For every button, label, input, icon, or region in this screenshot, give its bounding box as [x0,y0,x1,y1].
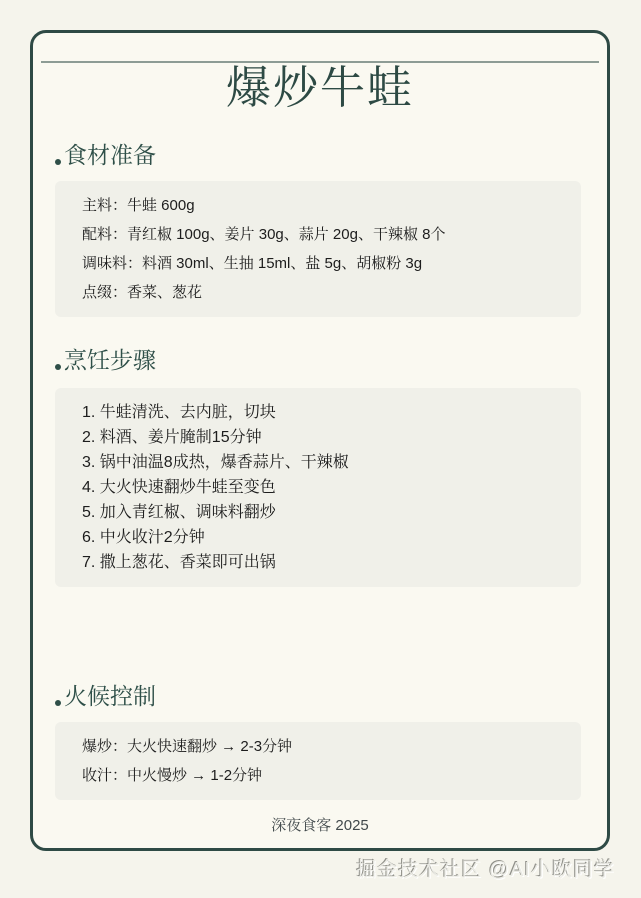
bullet-icon [55,700,61,706]
ingredient-value: 香菜、葱花 [127,284,202,301]
section-heading-label: 食材准备 [64,142,156,169]
step-item: 7. 撒上葱花、香菜即可出锅 [82,550,563,575]
section-heading-ingredients: 食材准备 [55,142,607,169]
ingredient-label: 调味料： [82,255,142,272]
step-item: 2. 料酒、姜片腌制15分钟 [82,425,563,450]
ingredient-value: 料酒 30ml、生抽 15ml、盐 5g、胡椒粉 3g [142,255,422,272]
step-item: 5. 加入青红椒、调味料翻炒 [82,500,563,525]
ingredient-row: 配料：青红椒 100g、姜片 30g、蒜片 20g、干辣椒 8个 [82,220,563,249]
ingredient-label: 配料： [82,226,127,243]
heat-value: 大火快速翻炒 → 2-3分钟 [127,738,292,755]
page-title: 爆炒牛蛙 [33,64,607,112]
ingredient-row: 调味料：料酒 30ml、生抽 15ml、盐 5g、胡椒粉 3g [82,249,563,278]
bullet-icon [55,364,61,370]
footer-text: 深夜食客 2025 [33,814,607,835]
step-item: 4. 大火快速翻炒牛蛙至变色 [82,475,563,500]
ingredient-row: 主料：牛蛙 600g [82,191,563,220]
ingredient-value: 牛蛙 600g [127,197,195,214]
recipe-card: 爆炒牛蛙 食材准备 主料：牛蛙 600g 配料：青红椒 100g、姜片 30g、… [30,30,610,851]
ingredients-box: 主料：牛蛙 600g 配料：青红椒 100g、姜片 30g、蒜片 20g、干辣椒… [55,181,581,317]
watermark: 掘金技术社区 @AI小欧同学 [356,853,615,882]
ingredient-label: 主料： [82,197,127,214]
heat-label: 收汁： [82,767,127,784]
section-heading-label: 火候控制 [64,683,156,710]
heat-row: 收汁：中火慢炒 → 1-2分钟 [82,761,563,790]
step-item: 1. 牛蛙清洗、去内脏，切块 [82,400,563,425]
section-heading-steps: 烹饪步骤 [55,347,607,374]
ingredient-label: 点缀： [82,284,127,301]
heat-value: 中火慢炒 → 1-2分钟 [127,767,262,784]
section-heading-heat: 火候控制 [55,683,607,710]
step-item: 3. 锅中油温8成热，爆香蒜片、干辣椒 [82,450,563,475]
heat-box: 爆炒：大火快速翻炒 → 2-3分钟 收汁：中火慢炒 → 1-2分钟 [55,722,581,800]
heat-label: 爆炒： [82,738,127,755]
step-item: 6. 中火收汁2分钟 [82,525,563,550]
ingredient-value: 青红椒 100g、姜片 30g、蒜片 20g、干辣椒 8个 [127,226,445,243]
heat-row: 爆炒：大火快速翻炒 → 2-3分钟 [82,732,563,761]
steps-box: 1. 牛蛙清洗、去内脏，切块 2. 料酒、姜片腌制15分钟 3. 锅中油温8成热… [55,388,581,587]
bullet-icon [55,159,61,165]
ingredient-row: 点缀：香菜、葱花 [82,278,563,307]
section-heading-label: 烹饪步骤 [64,347,156,374]
